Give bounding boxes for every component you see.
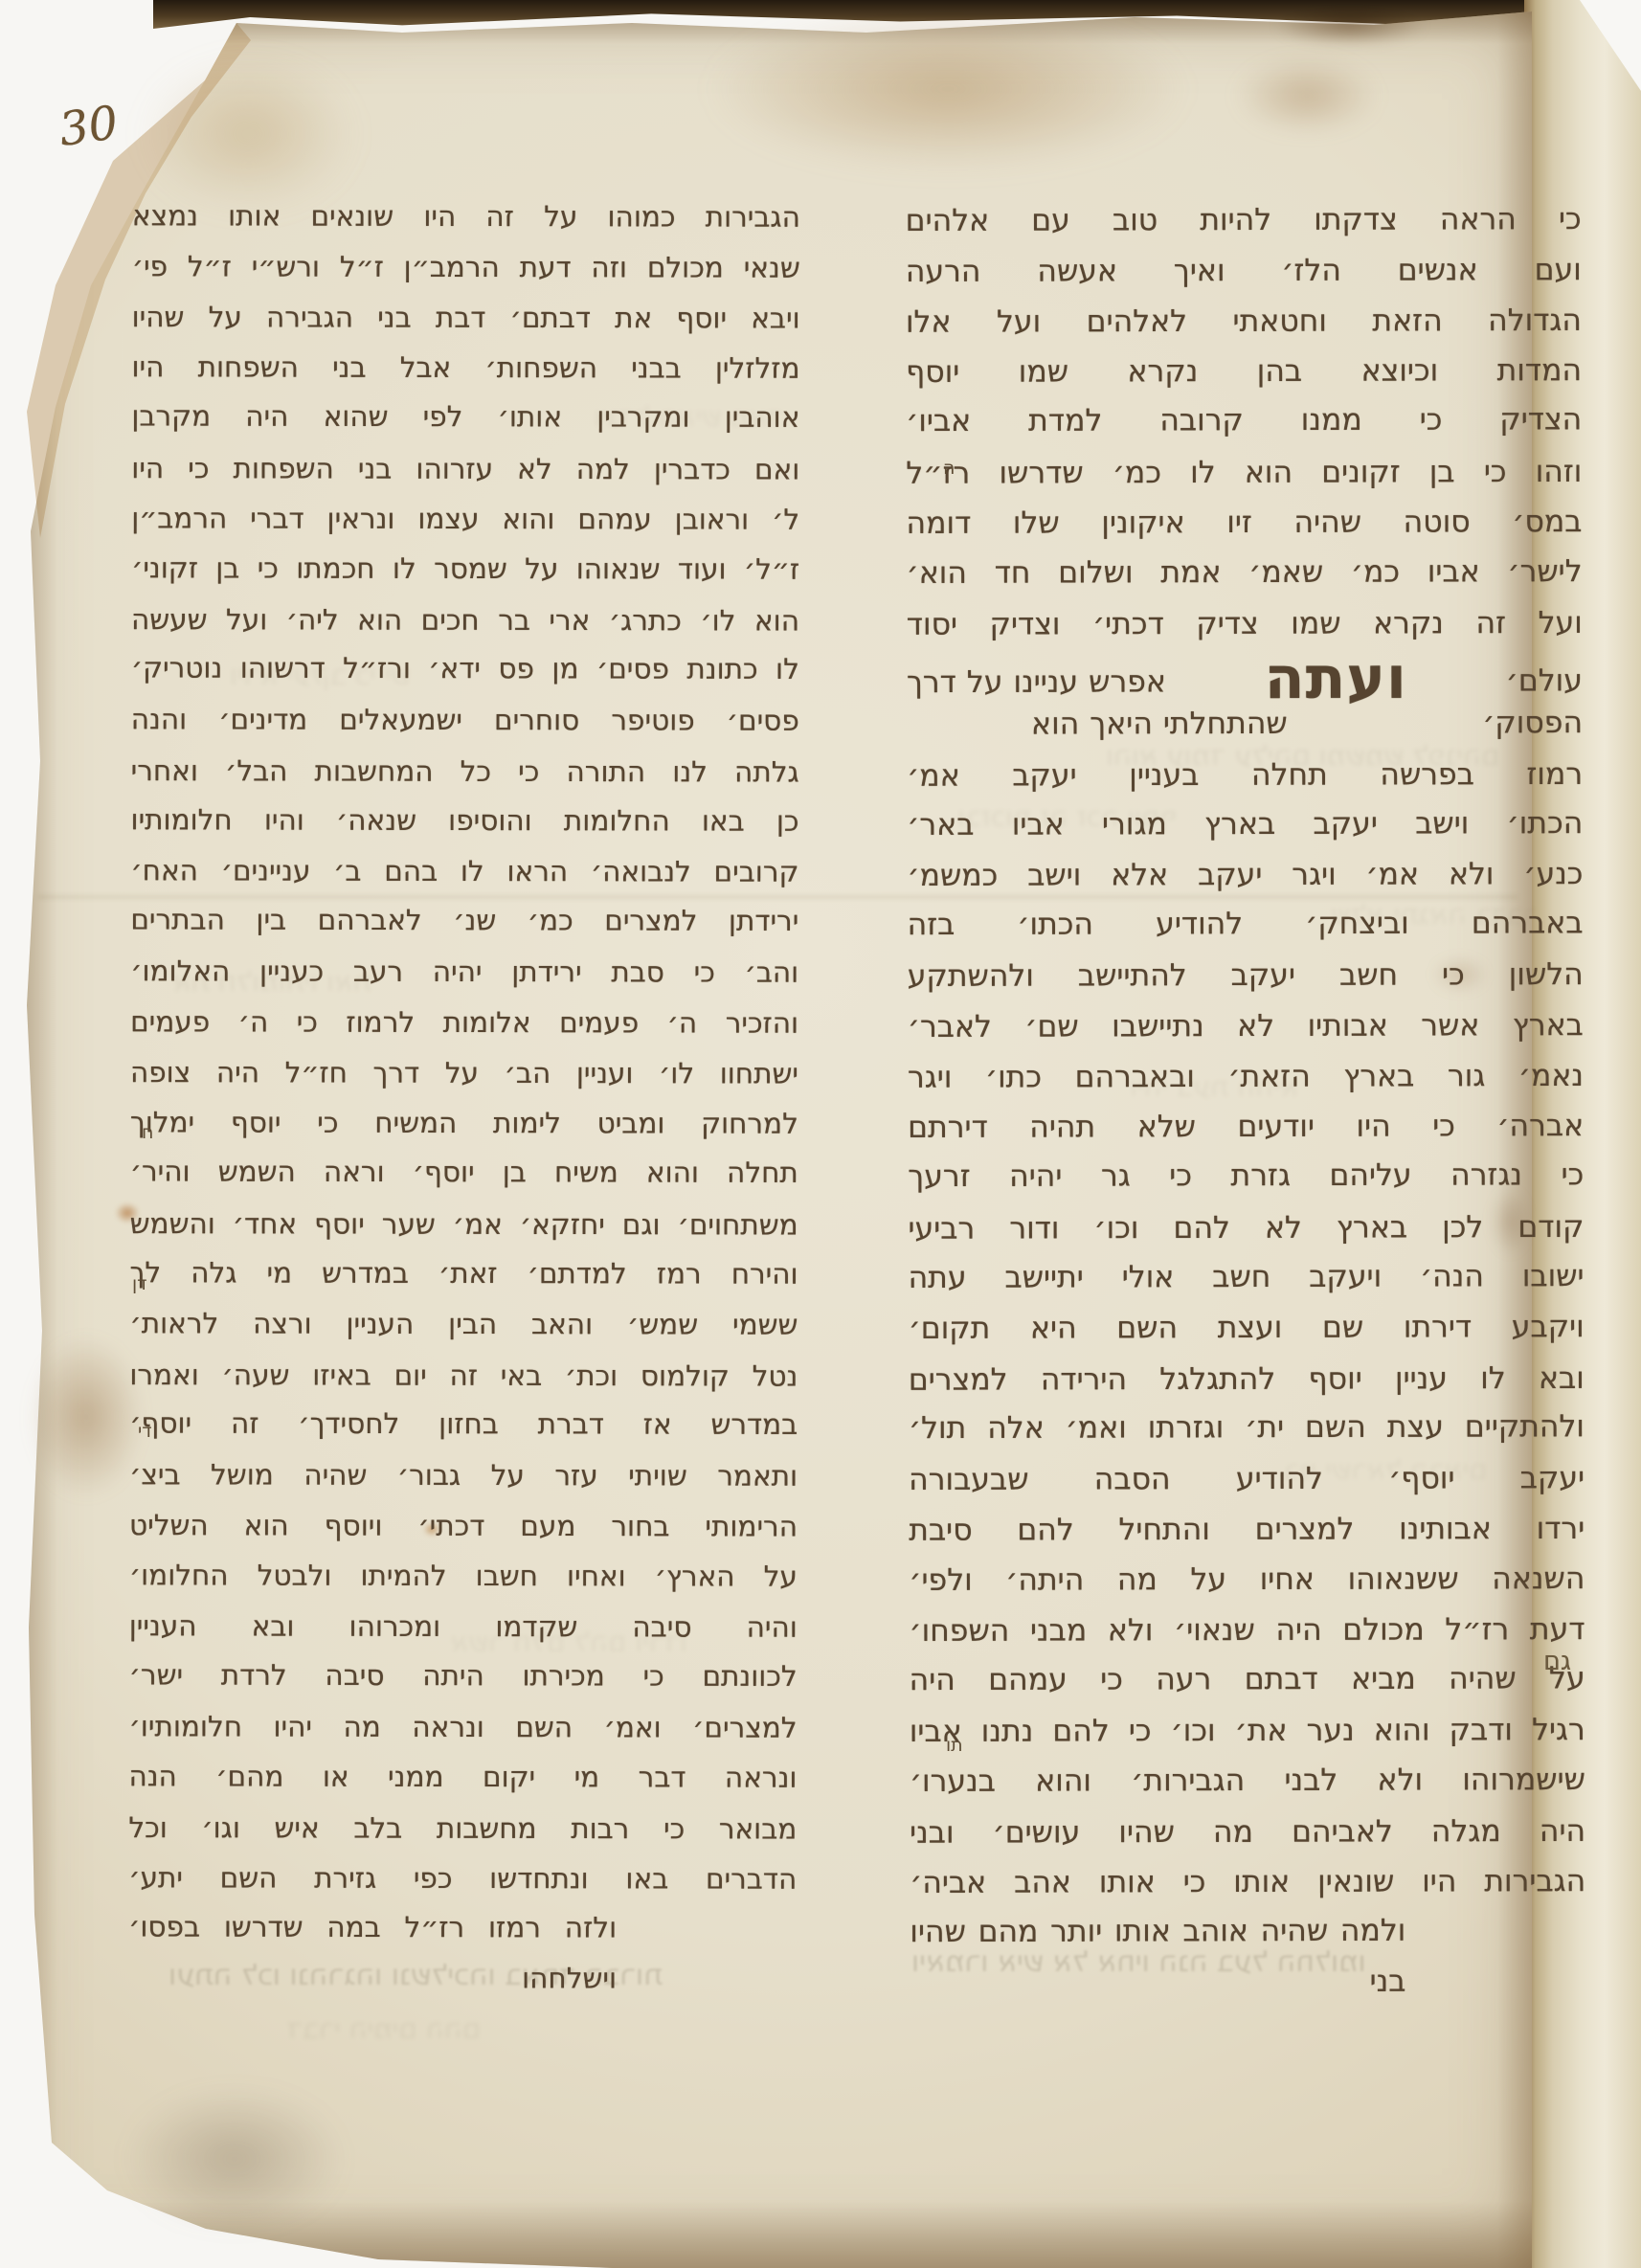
text-line: רמוז בפרשה תחלה בעניין יעקב אמ׳ [907, 749, 1583, 800]
text-line: ואם כדברין למה לא עזרוהו בני השפחות כי ה… [131, 443, 799, 495]
text-line: במס׳ סוטה שהיה זיו איקונין שלו דומה [906, 497, 1582, 549]
text-line: הלשון כי חשב יעקב להתיישב ולהשתקע [908, 950, 1584, 1001]
text-column-right: כי הראה צדקתו להיות טוב עם אלהיםועם אנשי… [906, 194, 1586, 1959]
text-line: נאמ׳ גור בארץ הזאת׳ ובאברהם כתו׳ ויגר [908, 1051, 1584, 1103]
text-line: נטל קולמוס וכת׳ באי זה יום באיזו שעה׳ וא… [129, 1350, 798, 1402]
text-segment: עולם׳ [1506, 657, 1583, 707]
text-line: ויבא יוסף את דבתם׳ דבת בני הגבירה על שהי… [132, 292, 800, 344]
text-line: הדברים באו ונתחדשו כפי גזירת השם יתע׳ [128, 1853, 797, 1904]
text-line: קודם לכן בארץ לא להם וכו׳ ודור רביעי [908, 1202, 1584, 1254]
text-line: רגיל ודבק והוא נער את׳ וכו׳ כי להם נתנו … [910, 1705, 1585, 1757]
text-line: ישתחוו לו׳ ועניין הב׳ על דרך חז״ל היה צו… [130, 1047, 798, 1099]
text-line: על שהיה מביא דבתם רעה כי עמהם היה [910, 1653, 1585, 1705]
text-line: ועל זה נקרא שמו צדיק דכתי׳ וצדיק יסוד [907, 598, 1583, 650]
text-line: והיה סיבה שקדמו ומכרוהו ובא העניין [129, 1601, 798, 1652]
text-line: המדות וכיוצא בהן נקרא שמו יוסף [906, 346, 1582, 397]
folio-number: 30 [56, 96, 121, 157]
text-line: אברה׳ כי היו יודעים שלא תהיה דירתם [908, 1101, 1584, 1153]
text-line: והב׳ כי סבת ירידתן יהיה רעב כעניין האלומ… [130, 946, 798, 998]
margin-note: גם [1543, 1647, 1571, 1676]
text-line: למרחוק ומביט לימות המשיח כי יוסף ימלוך [130, 1097, 798, 1149]
text-line: הגדולה הזאת וחטאתי לאלהים ועל אלו [906, 296, 1582, 348]
text-line: על הארץ׳ ואחיו חשבו להמיתו ולבטל החלומו׳ [129, 1550, 798, 1602]
enlarged-word: ועתה [1265, 654, 1407, 705]
text-line: ירדו אבותינו למצרים והתחיל להם סיבת [909, 1504, 1585, 1556]
text-line: לישר׳ אביו כמ׳ שאמ׳ אמת ושלום חד הוא׳ [907, 547, 1583, 598]
text-line: הכתו׳ וישב יעקב בארץ מגורי אביו באר׳ [907, 798, 1583, 850]
text-line: לו כתונת פסים׳ מן פס ידא׳ ורז״ל דרשוהו נ… [131, 643, 799, 695]
text-line: באברהם וביצחק׳ להודיע הכתו׳ בזה [908, 899, 1584, 951]
text-line: וזהו כי בן זקונים הוא לו כמ׳ שדרשו רז״ל [906, 447, 1582, 499]
text-line: הרימותי בחור מעם דכתי׳ ויוסף הוא השליט [129, 1501, 798, 1553]
text-line: מזלזלין בבני השפחות׳ אבל בני השפחות היו [131, 342, 799, 393]
manuscript-scan: 30 גם כי הראה צדקתו להיות טוב עם אלהיםוע… [0, 0, 1641, 2268]
superscript-correction: די [138, 1421, 152, 1442]
text-line: ועם אנשים הלז׳ ואיך אעשה הרעה [906, 245, 1582, 297]
superscript-correction: ח [142, 1122, 153, 1143]
text-line: מבואר כי רבות מחשבות בלב איש וגו׳ וכל [128, 1803, 797, 1854]
superscript-correction: דן [132, 1273, 147, 1294]
text-line: ישובו הנה׳ ויעקב חשב אולי יתיישב עתה [908, 1252, 1584, 1304]
text-line: ולזה רמזו רז״ל במה שדרשו בפסו׳ וישלחהו [128, 1902, 797, 1954]
text-line: פסים׳ פוטיפר סוחרים ישמעאלים מדינים׳ והנ… [131, 694, 799, 746]
text-line: הוא לו׳ כתרג׳ ארי בר חכים הוא ליה׳ ועל ש… [131, 595, 799, 646]
text-line: ששמי שמש׳ והאב הבין העניין ורצה לראות׳ [129, 1298, 798, 1350]
text-line: ולמה שהיה אוהב אותו יותר מהם שהיו בני [910, 1905, 1585, 1957]
text-line: עולם׳ועתהאפרש עניינו על דרך [907, 647, 1583, 699]
superscript-correction: ה [943, 458, 955, 479]
text-line: גלתה לנו התורה כי כל המחשבות הבל׳ ואחרי [131, 746, 799, 797]
text-line: בארץ אשר אבותיו לא נתיישבו שם׳ לאבר׳ [908, 1000, 1584, 1052]
text-column-left: הגבירות כמוהו על זה היו שונאים אותו נמצא… [128, 191, 800, 1954]
text-line: ז״ל׳ ועוד שנאוהו על שמסר לו חכמתו כי בן … [131, 543, 799, 595]
text-line: ויקבע דירתו שם ועצת השם היא תקום׳ [909, 1302, 1585, 1354]
text-line: ל׳ וראובן עמהם והוא עצמו ונראין דברי הרמ… [131, 493, 799, 545]
text-line: משתחוים׳ וגם יחזקא׳ אמ׳ שער יוסף אחד׳ וה… [130, 1199, 798, 1250]
text-line: כנע׳ ולא אמ׳ ויגר יעקב אלא וישב כמשמ׳ [907, 849, 1583, 901]
text-line: השנאה ששנאוהו אחיו על מה היתה׳ ולפי׳ [909, 1554, 1585, 1606]
text-line: תחלה והוא משיח בן יוסף׳ וראה השמש והיר׳ [130, 1147, 798, 1199]
text-line: שנאי מכולם וזה דעת הרמב״ן ז״ל ורש״י ז״ל … [132, 241, 800, 293]
text-line: למצרים׳ ואמ׳ השם ונראה מה יהיו חלומותיו׳ [129, 1701, 798, 1753]
text-line: ירידתן למצרים כמ׳ שנ׳ לאברהם בין הבתרים [130, 895, 798, 947]
text-line: לכוונתם כי מכירתו היתה סיבה לרדת ישר׳ [129, 1650, 798, 1702]
text-line: ובא לו עניין יוסף להתגלגל הירידה למצרים [909, 1354, 1585, 1405]
text-line: והזכיר ה׳ פעמים אלומות לרמוז כי ה׳ פעמים [130, 997, 798, 1048]
text-line: כי הראה צדקתו להיות טוב עם אלהים [906, 194, 1582, 246]
superscript-correction: תו [946, 1735, 963, 1756]
text-line: קרובים לנבואה׳ הראו לו בהם ב׳ עניינים׳ ה… [130, 845, 798, 897]
text-line: היה מגלה לאביהם מה שהיו עושים׳ ובני [910, 1807, 1585, 1858]
text-line: דעת רז״ל מכולם היה שנאוי׳ ולא מבני השפחו… [909, 1605, 1585, 1656]
text-line: והירח רמז למדתם׳ זאת׳ במדרש מי גלה לך [130, 1248, 798, 1300]
text-line: הגבירות כמוהו על זה היו שונאים אותו נמצא [132, 191, 800, 242]
text-line: ותאמר שויתי עזר על גבור׳ שהיה מושל ביצ׳ [129, 1449, 798, 1501]
text-segment: אפרש עניינו על דרך [907, 658, 1166, 708]
text-line: שישמרוהו ולא לבני הגבירות׳ והוא בנערו׳ [910, 1755, 1585, 1807]
text-line: במדרש אז דברת בחזון לחסידך׳ זה יוסף׳ [129, 1399, 798, 1450]
text-line: ולהתקיים עצת השם ית׳ וגזרתו ואמ׳ אלה תול… [909, 1403, 1585, 1454]
text-line: יעקב יוסף׳ להודיע הסבה שבעבורה [909, 1453, 1585, 1505]
text-line: אוהבין ומקרבין אותו׳ לפי שהוא היה מקרבן [131, 392, 799, 443]
text-line: כי נגזרה עליהם גזרת כי גר יהיה זרעך [908, 1151, 1584, 1202]
text-line: הצדיק כי ממנו קרובה למדת אביו׳ [906, 395, 1582, 447]
text-line: כן באו החלומות והוסיפו שנאה׳ והיו חלומות… [130, 795, 798, 846]
text-line: הגבירות היו שונאין אותו כי אותו אהב אביה… [910, 1856, 1585, 1908]
text-line: ונראה דבר מי יקום ממני או מהם׳ הנה [128, 1752, 797, 1804]
